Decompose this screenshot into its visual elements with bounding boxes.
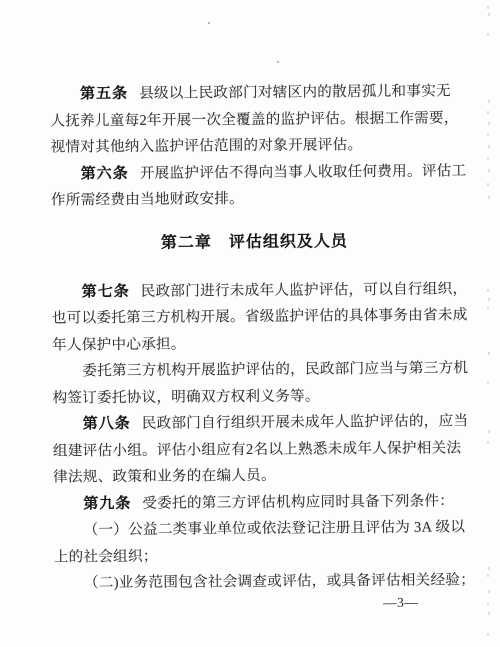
scan-speck: [488, 430, 490, 433]
text-line: 第七条民政部门进行未成年人监护评估，可以自行组织，: [52, 276, 458, 306]
text-line: 人抚养儿童每2年开展一次全覆盖的监护评估。根据工作需要，: [50, 105, 456, 135]
scan-speck: [277, 61, 279, 63]
scan-speck: [488, 122, 490, 125]
line-text: 受委托的第三方评估机构应同时具备下列条件：: [142, 493, 454, 511]
article-number: 第五条: [80, 85, 128, 102]
scan-speck: [488, 169, 490, 172]
scan-speck: [488, 13, 490, 16]
scan-speck: [487, 157, 489, 160]
scan-speck: [488, 145, 490, 148]
article-number: 第六条: [81, 164, 129, 181]
line-text: 人抚养儿童每2年开展一次全覆盖的监护评估。根据工作需要，: [50, 110, 458, 129]
text-line: 作所需经费由当地财政安排。: [51, 184, 457, 214]
article-number: 第九条: [83, 494, 131, 511]
scan-speck: [487, 381, 489, 384]
chapter-heading: 第二章 评估组织及人员: [51, 227, 457, 257]
text-line: 第六条开展监护评估不得向当事人收取任何费用。评估工: [51, 158, 457, 188]
scanned-document-page: 第五条县级以上民政部门对辖区内的散居孤儿和事实无人抚养儿童每2年开展一次全覆盖的…: [0, 0, 500, 647]
scan-speck: [488, 590, 490, 593]
line-text: 年人保护中心承担。: [52, 336, 186, 353]
article-number: 第八条: [83, 415, 131, 432]
scan-speck: [487, 133, 489, 136]
scan-speck: [487, 633, 489, 636]
line-text: 县级以上民政部门对辖区内的散居孤儿和事实无: [139, 83, 451, 101]
article-number: 第七条: [82, 282, 130, 299]
line-text: 也可以委托第三方机构开展。省级监护评估的具体事务由省未成: [52, 307, 468, 326]
text-line: 第五条县级以上民政部门对辖区内的散居孤儿和事实无: [50, 78, 456, 108]
line-text: 开展监护评估不得向当事人收取任何费用。评估工: [140, 163, 467, 182]
text-line: 构签订委托协议，明确双方权利义务等。: [52, 382, 458, 412]
text-line: （二)业务范围包含社会调查或评估，或具备评估相关经验；: [54, 567, 460, 597]
text-line: 上的社会组织；: [54, 541, 460, 571]
text-line: 第八条民政部门自行组织开展未成年人监护评估的，应当: [53, 408, 459, 438]
line-text: 视情对其他纳入监护评估范围的对象开展评估。: [50, 137, 362, 155]
scan-speck: [487, 441, 489, 444]
scan-content: 第五条县级以上民政部门对辖区内的散居孤儿和事实无人抚养儿童每2年开展一次全覆盖的…: [0, 0, 500, 647]
scan-speck: [487, 111, 489, 114]
line-text: （一）公益二类事业单位或依法登记注册且评估为 3A 级以: [84, 519, 466, 538]
scan-speck: [488, 298, 490, 301]
scan-speck: [488, 196, 490, 199]
line-text: 律法规、政策和业务的在编人员。: [53, 468, 276, 486]
text-line: 委托第三方机构开展监护评估的，民政部门应当与第三方机: [52, 355, 458, 385]
text-line: 视情对其他纳入监护评估范围的对象开展评估。: [50, 131, 456, 161]
line-text: 上的社会组织；: [54, 548, 158, 565]
scan-speck: [487, 289, 489, 292]
text-line: 律法规、政策和业务的在编人员。: [53, 461, 459, 491]
text-line: （一）公益二类事业单位或依法登记注册且评估为 3A 级以: [53, 514, 459, 544]
line-text: 民政部门自行组织开展未成年人监护评估的，应当: [142, 413, 469, 432]
line-text: 委托第三方机构开展监护评估的，民政部门应当与第三方机: [82, 360, 468, 379]
page-number: —3—: [383, 595, 418, 611]
document-body: 第五条县级以上民政部门对辖区内的散居孤儿和事实无人抚养儿童每2年开展一次全覆盖的…: [50, 78, 460, 597]
scan-speck: [488, 612, 490, 615]
scan-speck: [488, 567, 490, 570]
scan-speck: [487, 306, 489, 309]
text-line: 第九条受委托的第三方评估机构应同时具备下列条件：: [53, 488, 459, 518]
text-line: 年人保护中心承担。: [52, 329, 458, 359]
line-text: 作所需经费由当地财政安排。: [51, 191, 244, 209]
line-text: 组建评估小组。评估小组应有2名以上熟悉未成年人保护相关法: [53, 440, 461, 459]
scan-speck: [487, 6, 489, 9]
scan-speck: [487, 574, 489, 577]
line-text: （二)业务范围包含社会调查或评估，或具备评估相关经验；: [84, 572, 475, 591]
text-line: 组建评估小组。评估小组应有2名以上熟悉未成年人保护相关法: [53, 435, 459, 465]
scan-speck: [487, 33, 489, 36]
scan-speck: [487, 603, 489, 606]
line-text: 民政部门进行未成年人监护评估，可以自行组织，: [141, 281, 468, 300]
scan-speck: [488, 352, 490, 355]
scan-speck: [487, 183, 489, 186]
text-line: 也可以委托第三方机构开展。省级监护评估的具体事务由省未成: [52, 302, 458, 332]
scan-speck: [488, 100, 490, 103]
scan-speck: [208, 22, 210, 24]
line-text: 构签订委托协议，明确双方权利义务等。: [52, 388, 319, 406]
